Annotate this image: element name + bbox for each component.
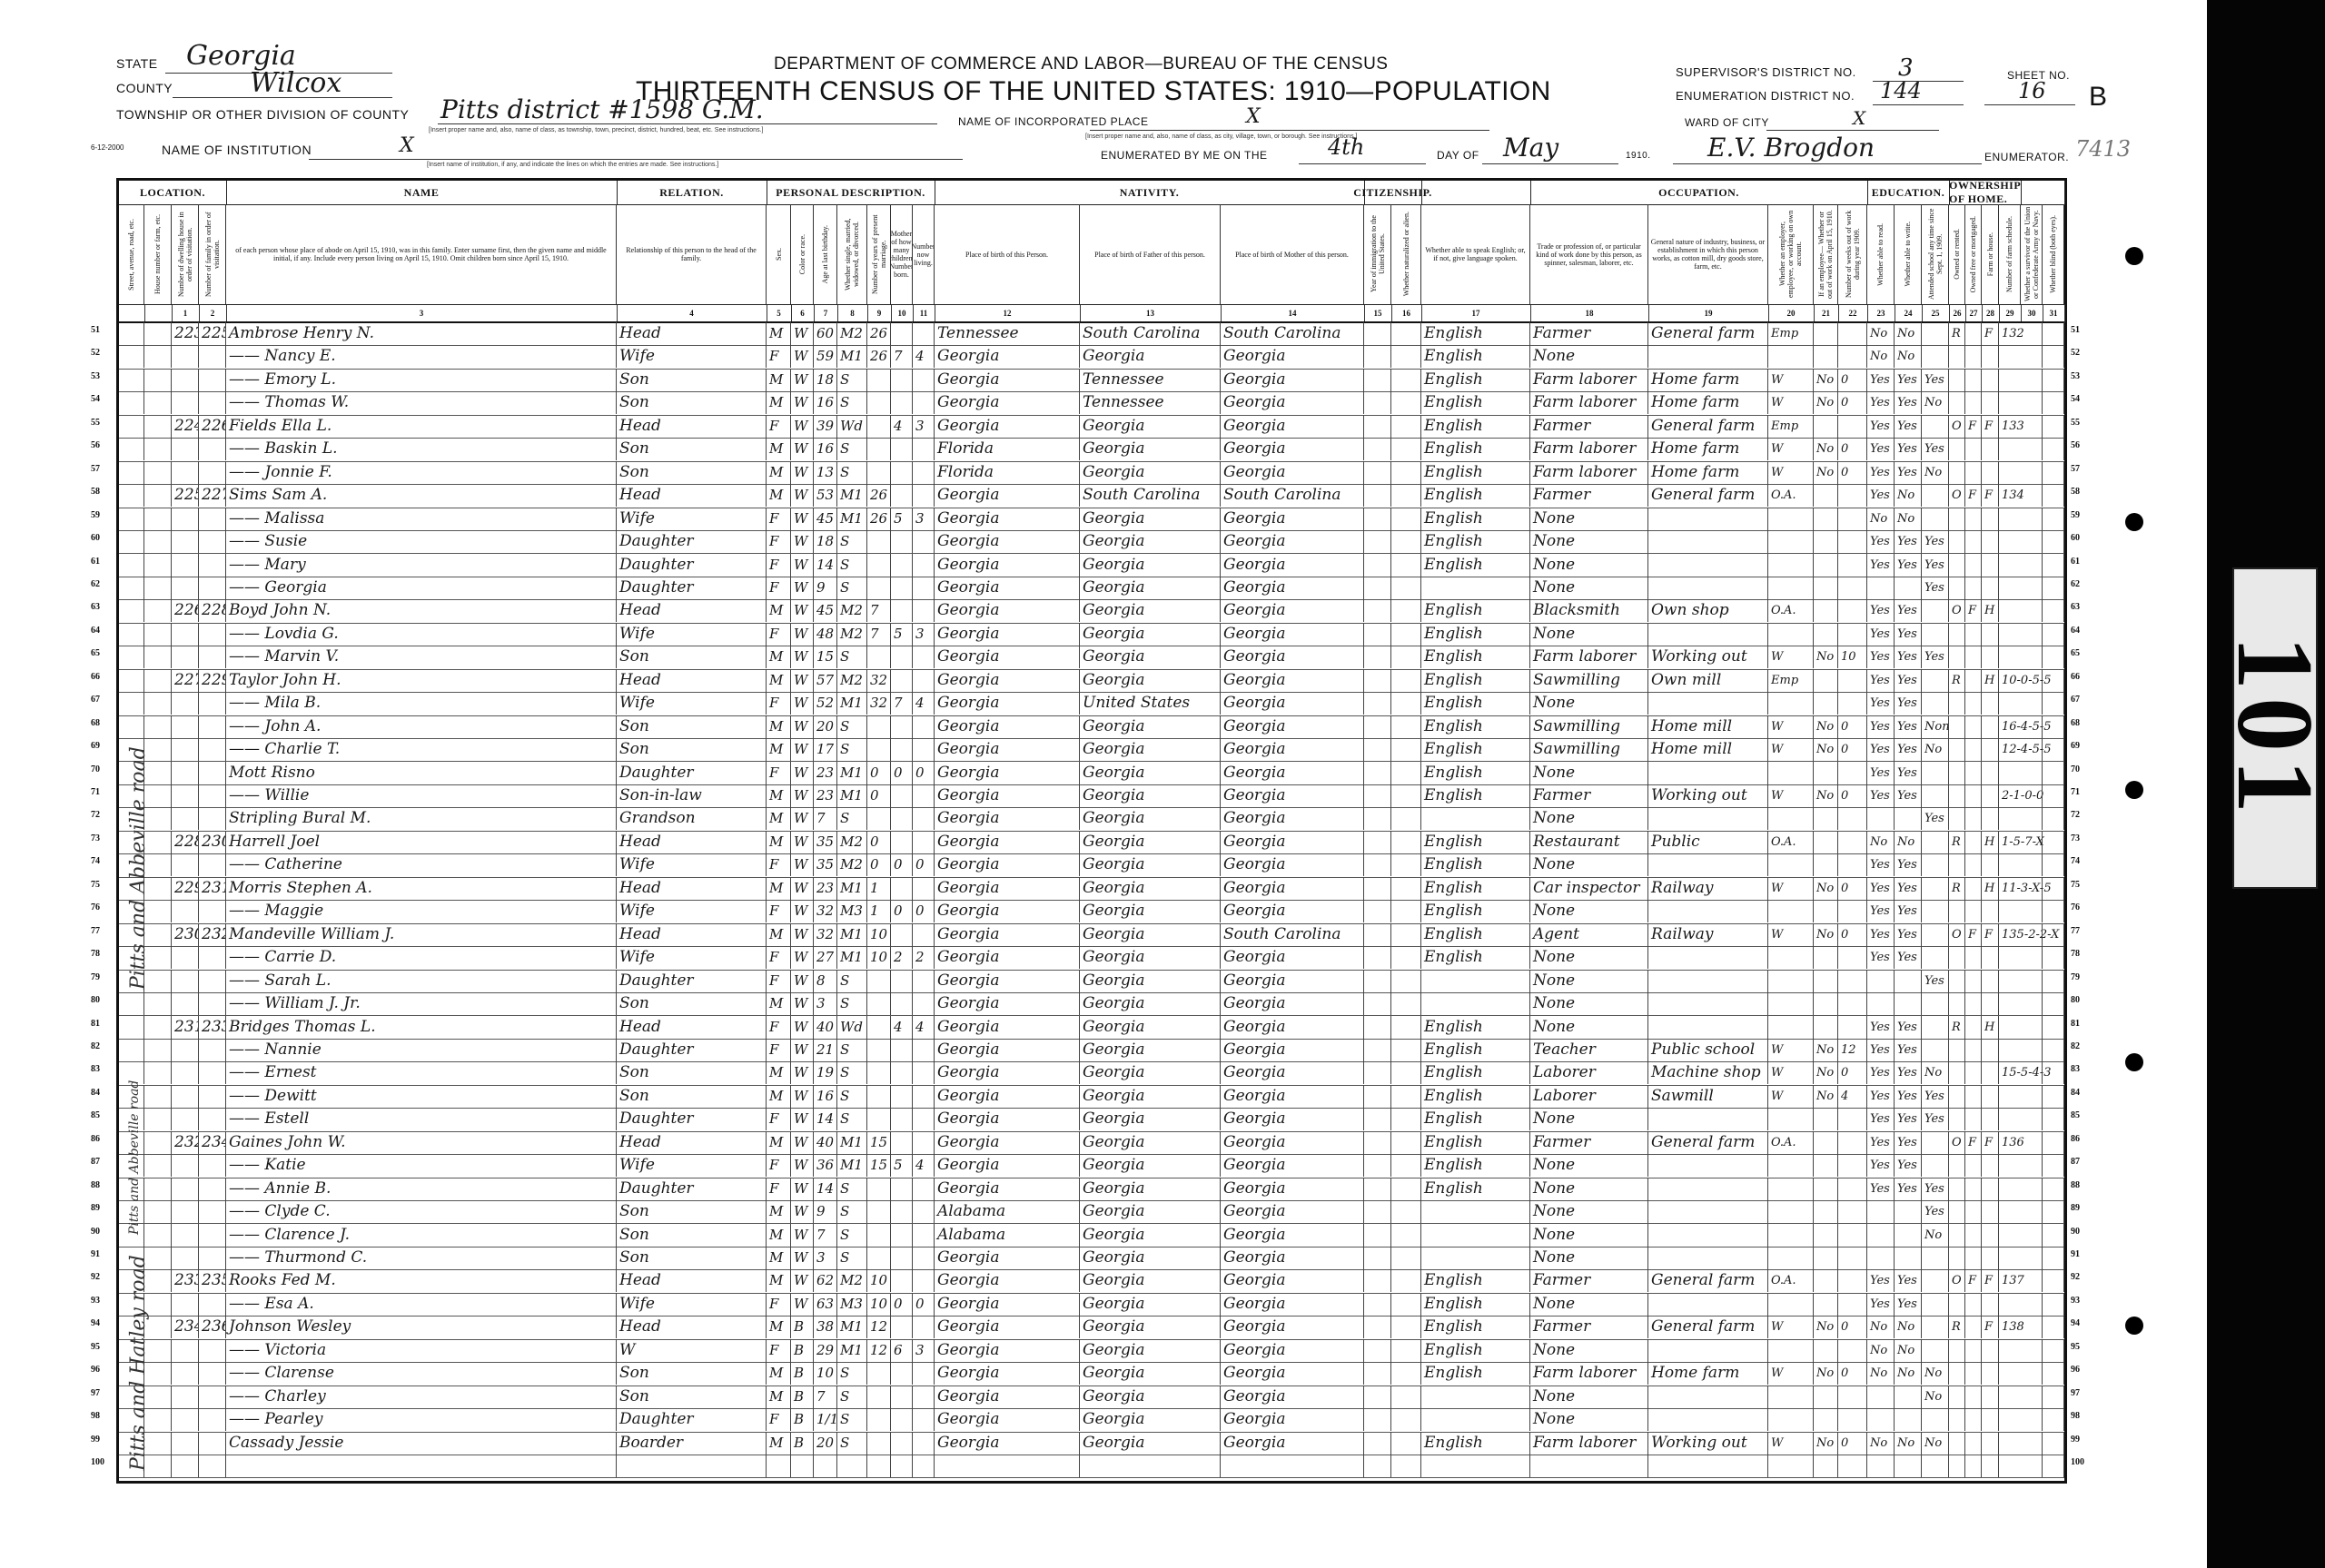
column-number: 19 <box>1648 304 1769 323</box>
line-number: 76 <box>2071 902 2080 912</box>
table-cell <box>1965 391 1982 414</box>
table-cell: 7 <box>814 1386 837 1408</box>
table-cell: Georgia <box>935 923 1080 946</box>
table-cell: Yes <box>1895 715 1922 738</box>
table-cell: English <box>1421 438 1530 460</box>
table-cell <box>172 554 199 577</box>
table-cell: Georgia <box>1080 784 1221 807</box>
table-cell <box>2043 1247 2064 1269</box>
table-cell <box>1364 1016 1391 1039</box>
table-cell: —— Clarence J. <box>226 1224 617 1247</box>
table-cell: —— Mila B. <box>226 692 617 715</box>
table-cell: Georgia <box>935 784 1080 807</box>
table-cell: 0 <box>1838 438 1867 460</box>
table-cell: Yes <box>1867 554 1895 577</box>
table-cell <box>1421 970 1530 992</box>
table-cell <box>1391 554 1421 577</box>
table-cell <box>1982 461 1999 484</box>
column-number: 3 <box>226 304 618 323</box>
table-cell <box>1965 1108 1982 1130</box>
line-number: 93 <box>2071 1296 2080 1306</box>
table-cell: 20 <box>814 1432 837 1455</box>
table-cell: W <box>791 1131 814 1154</box>
table-cell: Son <box>617 1200 767 1223</box>
line-number: 79 <box>2071 972 2080 982</box>
table-cell <box>2021 738 2043 761</box>
table-cell: Yes <box>1867 692 1895 715</box>
column-header-label: Year of immigration to the United States… <box>1370 206 1386 302</box>
table-cell: Georgia <box>1221 877 1364 900</box>
table-cell: F <box>1965 599 1982 622</box>
table-cell <box>891 1432 913 1455</box>
institution-value: X <box>400 134 414 157</box>
table-cell: Georgia <box>935 900 1080 922</box>
table-cell: Wife <box>617 692 767 715</box>
table-cell: Yes <box>1922 554 1949 577</box>
table-cell: 10 <box>867 1293 891 1316</box>
table-cell <box>1391 1432 1421 1455</box>
table-cell: 53 <box>814 484 837 507</box>
table-cell: W <box>791 1178 814 1200</box>
table-cell <box>172 1386 199 1408</box>
table-cell: W <box>791 1061 814 1084</box>
table-cell: —— William J. Jr. <box>226 992 617 1015</box>
column-header: Whether able to speak English; or, if no… <box>1421 204 1530 304</box>
column-number: 21 <box>1814 304 1839 323</box>
table-cell: Harrell Joel <box>226 831 617 853</box>
institution-underline <box>309 159 963 160</box>
table-cell: Farmer <box>1530 1269 1648 1292</box>
table-cell: W <box>1768 1432 1814 1455</box>
table-cell: Home farm <box>1648 391 1768 414</box>
table-cell <box>1421 807 1530 830</box>
table-cell: 0 <box>1838 1316 1867 1338</box>
table-cell: Yes <box>1867 623 1895 646</box>
table-cell <box>1648 345 1768 368</box>
column-header: Whether a survivor of the Union or Confe… <box>2021 204 2043 304</box>
table-cell <box>172 577 199 599</box>
table-cell: Georgia <box>935 970 1080 992</box>
table-cell <box>1391 1362 1421 1385</box>
column-number: 25 <box>1922 304 1950 323</box>
table-cell: M3 <box>837 1293 867 1316</box>
table-cell <box>199 738 226 761</box>
table-cell <box>1965 508 1982 530</box>
table-cell: 234 <box>199 1131 226 1154</box>
column-header-label: Owned or rented. <box>1953 229 1961 280</box>
table-cell: Railway <box>1648 877 1768 900</box>
table-cell: M1 <box>837 1154 867 1177</box>
table-cell: Son <box>617 738 767 761</box>
table-cell <box>913 1108 935 1130</box>
table-cell: 10 <box>1838 646 1867 668</box>
table-cell <box>1982 1386 1999 1408</box>
table-cell: Son <box>617 1362 767 1385</box>
line-number: 53 <box>2071 371 2080 381</box>
table-cell <box>1814 599 1838 622</box>
table-cell <box>1949 438 1965 460</box>
table-cell <box>891 369 913 391</box>
table-cell <box>1391 715 1421 738</box>
table-cell: Working out <box>1648 1432 1768 1455</box>
table-cell: Yes <box>1867 1269 1895 1292</box>
table-cell <box>119 530 144 553</box>
table-cell <box>2021 853 2043 876</box>
table-cell: English <box>1421 1108 1530 1130</box>
table-cell: M1 <box>837 484 867 507</box>
table-cell <box>1648 530 1768 553</box>
table-cell: W <box>1768 369 1814 391</box>
table-cell <box>1364 461 1391 484</box>
table-cell: Farm laborer <box>1530 461 1648 484</box>
table-cell: B <box>791 1408 814 1431</box>
table-cell: Yes <box>1895 946 1922 969</box>
table-cell: Teacher <box>1530 1039 1648 1061</box>
enumerator-name: E.V. Brogdon <box>1707 133 1875 163</box>
table-cell <box>1922 345 1949 368</box>
table-cell <box>1949 508 1965 530</box>
table-cell: Wife <box>617 946 767 969</box>
table-cell: Cassady Jessie <box>226 1432 617 1455</box>
table-cell <box>891 1386 913 1408</box>
table-cell <box>1421 1247 1530 1269</box>
table-cell: Wife <box>617 853 767 876</box>
table-cell: No <box>1922 1432 1949 1455</box>
table-cell: B <box>791 1386 814 1408</box>
column-header-label: Place of birth of this Person. <box>965 251 1048 259</box>
table-cell: 7 <box>814 1224 837 1247</box>
table-cell <box>1364 1131 1391 1154</box>
table-cell <box>144 623 172 646</box>
table-cell <box>144 1061 172 1084</box>
line-number: 90 <box>91 1227 100 1237</box>
table-cell <box>913 599 935 622</box>
line-number: 71 <box>91 787 100 797</box>
table-cell <box>2021 1131 2043 1154</box>
table-cell <box>1814 1108 1838 1130</box>
table-cell <box>2043 853 2064 876</box>
page-stamp: 101 <box>2232 567 2318 889</box>
table-cell: Georgia <box>935 1061 1080 1084</box>
table-cell <box>1391 623 1421 646</box>
table-cell <box>144 415 172 438</box>
line-number: 55 <box>91 418 100 428</box>
table-cell <box>1364 623 1391 646</box>
column-header: If an employee— Whether or out of work o… <box>1814 204 1838 304</box>
table-cell <box>1922 508 1949 530</box>
table-cell <box>867 1247 891 1269</box>
table-cell: No <box>1922 1061 1949 1084</box>
table-cell: F <box>767 1039 791 1061</box>
table-cell <box>144 1178 172 1200</box>
table-cell <box>1922 599 1949 622</box>
table-cell <box>1364 554 1391 577</box>
table-cell: 2 <box>913 946 935 969</box>
table-row: —— PearleyDaughterFB1/12SGeorgiaGeorgiaG… <box>119 1408 2064 1432</box>
table-cell: Farm laborer <box>1530 646 1648 668</box>
table-cell: No <box>1814 461 1838 484</box>
table-cell <box>1364 1200 1391 1223</box>
table-cell <box>1982 1339 1999 1362</box>
table-cell: 29 <box>814 1339 837 1362</box>
table-cell <box>1922 1455 1949 1477</box>
line-number: 100 <box>91 1457 104 1467</box>
line-number: 62 <box>2071 579 2080 589</box>
table-cell <box>1965 1061 1982 1084</box>
table-cell: 226 <box>199 415 226 438</box>
table-cell: M2 <box>837 831 867 853</box>
table-cell: 0 <box>867 784 891 807</box>
table-cell: Tennessee <box>935 322 1080 345</box>
table-cell: Georgia <box>1221 831 1364 853</box>
table-cell: Yes <box>1867 438 1895 460</box>
table-cell: F <box>1982 415 1999 438</box>
table-cell <box>2021 1085 2043 1108</box>
table-cell: Boyd John N. <box>226 599 617 622</box>
table-cell <box>119 461 144 484</box>
table-cell: Yes <box>1867 1085 1895 1108</box>
table-cell <box>2043 1269 2064 1292</box>
table-cell: O <box>1949 484 1965 507</box>
table-cell: Georgia <box>1080 461 1221 484</box>
table-cell <box>1768 1247 1814 1269</box>
table-cell <box>2021 438 2043 460</box>
table-cell: Wife <box>617 345 767 368</box>
table-cell <box>1364 992 1391 1015</box>
table-cell: 12 <box>867 1316 891 1338</box>
table-cell <box>1814 669 1838 692</box>
line-number: 57 <box>2071 464 2080 474</box>
table-row: —— VictoriaWFB29M11263GeorgiaGeorgiaGeor… <box>119 1339 2064 1363</box>
sheet-underline <box>1984 104 2075 105</box>
table-cell <box>2043 946 2064 969</box>
table-cell <box>1391 692 1421 715</box>
column-header: Mother of how many children. Number born… <box>891 204 913 304</box>
table-cell <box>891 1269 913 1292</box>
table-cell: Alabama <box>935 1224 1080 1247</box>
table-cell: Yes <box>1895 461 1922 484</box>
table-cell: English <box>1421 669 1530 692</box>
table-cell: H <box>1982 831 1999 853</box>
table-cell <box>1814 530 1838 553</box>
table-cell: None <box>1922 715 1949 738</box>
table-cell: Son <box>617 1247 767 1269</box>
column-number: 9 <box>867 304 892 323</box>
table-cell <box>1814 1408 1838 1431</box>
table-cell <box>891 1061 913 1084</box>
line-number: 93 <box>91 1296 100 1306</box>
column-group-header: RELATION. <box>617 181 767 205</box>
table-cell: Georgia <box>935 1362 1080 1385</box>
table-cell <box>1895 1247 1922 1269</box>
table-cell <box>119 345 144 368</box>
table-cell <box>2021 900 2043 922</box>
line-number: 51 <box>2071 325 2080 335</box>
table-cell: Georgia <box>1080 877 1221 900</box>
table-cell <box>1838 1200 1867 1223</box>
table-cell: General farm <box>1648 484 1768 507</box>
table-cell: Sawmill <box>1648 1085 1768 1108</box>
table-cell: None <box>1530 1339 1648 1362</box>
table-cell <box>1982 970 1999 992</box>
table-cell <box>891 1085 913 1108</box>
state-label: State <box>116 56 158 71</box>
table-cell <box>199 1061 226 1084</box>
table-cell: Yes <box>1895 599 1922 622</box>
table-cell <box>172 1408 199 1431</box>
line-number: 52 <box>2071 348 2080 358</box>
table-cell <box>1949 1061 1965 1084</box>
table-cell <box>1922 1039 1949 1061</box>
table-cell <box>1965 1224 1982 1247</box>
table-cell: English <box>1421 599 1530 622</box>
table-cell: English <box>1421 1362 1530 1385</box>
column-header: Whether able to read. <box>1867 204 1895 304</box>
table-cell <box>199 554 226 577</box>
line-number: 97 <box>91 1388 100 1398</box>
table-cell: W <box>1768 923 1814 946</box>
table-cell: 12 <box>867 1339 891 1362</box>
table-cell: Yes <box>1867 415 1895 438</box>
table-cell <box>1949 1455 1965 1477</box>
table-cell: English <box>1421 900 1530 922</box>
table-cell: Georgia <box>1080 1016 1221 1039</box>
line-number: 66 <box>91 672 100 682</box>
table-cell <box>2043 508 2064 530</box>
table-cell: Georgia <box>935 738 1080 761</box>
table-cell <box>1814 322 1838 345</box>
table-cell <box>1364 1432 1391 1455</box>
table-cell: F <box>1982 1269 1999 1292</box>
line-number: 97 <box>2071 1388 2080 1398</box>
table-cell <box>1965 992 1982 1015</box>
table-cell <box>1949 646 1965 668</box>
column-header-label: Relationship of this person to the head … <box>618 246 764 262</box>
table-cell <box>2043 646 2064 668</box>
table-cell <box>2043 345 2064 368</box>
table-cell: None <box>1530 554 1648 577</box>
table-cell: Yes <box>1895 391 1922 414</box>
table-cell <box>1982 762 1999 784</box>
table-cell <box>1922 692 1949 715</box>
table-cell: No <box>1814 1061 1838 1084</box>
table-cell <box>1965 1085 1982 1108</box>
column-number: 6 <box>791 304 815 323</box>
table-cell: 59 <box>814 345 837 368</box>
table-cell <box>1768 1293 1814 1316</box>
table-cell <box>1949 715 1965 738</box>
line-number: 96 <box>2071 1365 2080 1375</box>
table-cell <box>1922 784 1949 807</box>
table-cell: Yes <box>1867 946 1895 969</box>
table-cell <box>1391 1224 1421 1247</box>
table-cell <box>2043 877 2064 900</box>
table-cell <box>172 508 199 530</box>
table-cell: —— Nannie <box>226 1039 617 1061</box>
table-cell <box>1648 577 1768 599</box>
table-cell <box>1982 1039 1999 1061</box>
table-cell <box>2021 807 2043 830</box>
table-cell <box>1814 807 1838 830</box>
table-cell <box>1364 970 1391 992</box>
table-cell: R <box>1949 877 1965 900</box>
table-cell <box>1814 970 1838 992</box>
table-row: —— MaryDaughterFW14SGeorgiaGeorgiaGeorgi… <box>119 554 2064 577</box>
table-cell: Florida <box>935 461 1080 484</box>
table-cell: H <box>1982 669 1999 692</box>
table-cell <box>172 1154 199 1177</box>
table-cell: Georgia <box>935 992 1080 1015</box>
table-cell: Georgia <box>1221 1247 1364 1269</box>
table-cell: None <box>1530 900 1648 922</box>
table-row: —— Baskin L.SonMW16SFloridaGeorgiaGeorgi… <box>119 438 2064 461</box>
table-cell: Georgia <box>1080 1362 1221 1385</box>
column-header: Trade or profession of, or particular ki… <box>1530 204 1648 304</box>
table-cell: M <box>767 992 791 1015</box>
table-cell: W <box>1768 738 1814 761</box>
table-cell <box>1949 1178 1965 1200</box>
table-cell: O <box>1949 1269 1965 1292</box>
table-cell <box>891 807 913 830</box>
table-cell <box>2043 415 2064 438</box>
table-cell: Yes <box>1867 1039 1895 1061</box>
table-cell: 14 <box>814 1108 837 1130</box>
table-cell <box>1838 623 1867 646</box>
table-cell <box>172 1362 199 1385</box>
table-cell: English <box>1421 1178 1530 1200</box>
table-cell: Daughter <box>617 530 767 553</box>
form-number: 6-12-2000 <box>91 143 124 152</box>
table-cell <box>172 738 199 761</box>
table-cell: Wd <box>837 415 867 438</box>
line-number: 86 <box>91 1134 100 1144</box>
table-cell: S <box>837 738 867 761</box>
sheet-side: B <box>2089 82 2107 113</box>
table-cell <box>867 1039 891 1061</box>
table-cell: O.A. <box>1768 1131 1814 1154</box>
table-cell: Yes <box>1867 461 1895 484</box>
table-cell: S <box>837 646 867 668</box>
table-cell: W <box>791 1200 814 1223</box>
table-cell: M <box>767 738 791 761</box>
table-cell: 230 <box>172 923 199 946</box>
table-cell <box>1965 762 1982 784</box>
table-cell <box>1965 715 1982 738</box>
table-cell: O.A. <box>1768 1269 1814 1292</box>
table-cell <box>2043 1432 2064 1455</box>
table-cell <box>891 738 913 761</box>
table-cell: W <box>791 391 814 414</box>
table-cell: Head <box>617 599 767 622</box>
table-cell: Georgia <box>935 1108 1080 1130</box>
table-cell <box>2043 484 2064 507</box>
table-row: —— GeorgiaDaughterFW9SGeorgiaGeorgiaGeor… <box>119 577 2064 600</box>
table-cell <box>1648 1339 1768 1362</box>
line-number: 58 <box>91 487 100 497</box>
table-cell: Yes <box>1867 599 1895 622</box>
table-cell: Georgia <box>1080 807 1221 830</box>
column-header: Number of farm schedule. <box>1999 204 2021 304</box>
table-cell: 9 <box>814 1200 837 1223</box>
table-cell <box>913 1386 935 1408</box>
table-cell: Daughter <box>617 1178 767 1200</box>
enumerator-label: Enumerator. <box>1984 151 2069 163</box>
table-cell <box>891 1408 913 1431</box>
table-cell <box>119 322 144 345</box>
table-cell <box>1965 1362 1982 1385</box>
table-cell <box>1648 853 1768 876</box>
table-cell: 16 <box>814 438 837 460</box>
